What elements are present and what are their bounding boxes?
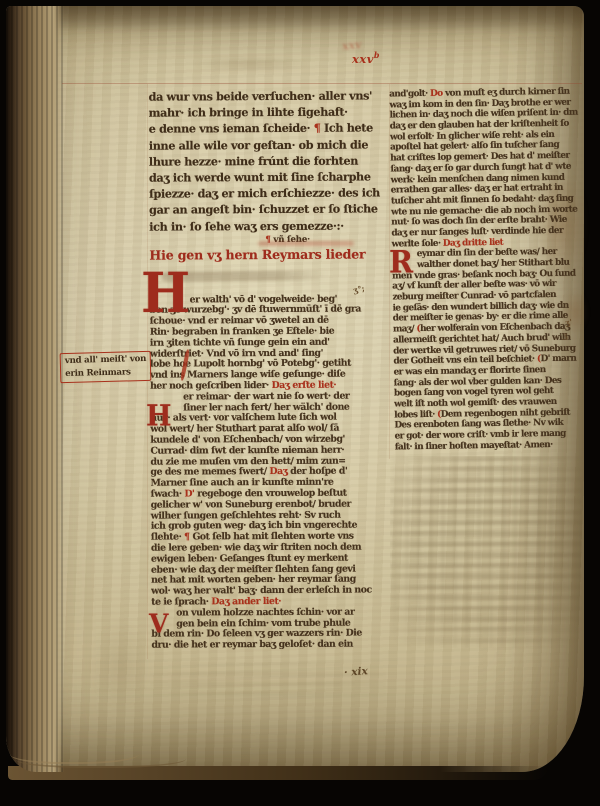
- body-text: D' marn: [540, 354, 576, 365]
- rubric-text: Daʒ: [269, 466, 290, 477]
- body-text: ſlehte·: [151, 532, 184, 543]
- right-marginal-mark: ʒ': [564, 317, 572, 328]
- illuminated-initial-v-second-song: V: [149, 610, 168, 637]
- body-text: gar an angeſt bin· ſchuzzet er ſo ſtiche: [149, 202, 378, 217]
- manuscript-text-line: mahr· ich bringe in lihte ſigehaft·: [149, 104, 387, 121]
- rubric-text: D': [184, 488, 197, 499]
- manuscript-text-line: gar an angeſt bin· ſchuzzet er ſo ſtiche: [149, 201, 387, 218]
- body-text: ge des me memes ſwert/: [151, 466, 270, 478]
- body-text: ich in· ſo ſehe waʒ ers gemezze·:·: [149, 218, 344, 233]
- right-marginal-mark: ʒ: [563, 330, 568, 340]
- manuscript-text-line: ſpiezze· daʒ er mich erſchiezze· des ich: [149, 185, 387, 202]
- body-text: lobes liſt·: [394, 409, 437, 420]
- body-text: ſpiezze· daʒ er mich erſchiezze· des ich: [149, 186, 380, 201]
- page-top-shadow: [6, 6, 584, 32]
- body-text: wol· waʒ her walt' baʒ· dann der erleſch…: [151, 585, 372, 597]
- book-gutter-page-edges: [6, 6, 64, 772]
- rubric-text: Hie gen vʒ hern Reymars lieder: [149, 246, 365, 262]
- photograph-background: { "folio": { "main": "xxv", "sup": "b" }…: [0, 0, 600, 806]
- rubric-text: Daʒ ander liet·: [211, 596, 281, 607]
- under-page-edge: [8, 766, 548, 780]
- margin-annotation-box: vnd all' meiſt' von erin Reinmars: [60, 351, 152, 383]
- manuscript-text-line: inne alle wile vor geſtan· ob mich die: [149, 136, 387, 153]
- manuscript-text-line: daʒ ich werde wunt mit ſine ſcharphe: [149, 168, 387, 185]
- rubric-text: Do: [430, 89, 445, 99]
- ruling-line-top: [62, 83, 582, 84]
- body-text: and'golt·: [389, 89, 430, 100]
- manuscript-text-line: dru· die het er reymar baʒ geloſet· dan …: [151, 640, 389, 652]
- body-text: daʒ ich werde wunt mit ſine ſcharphe: [149, 169, 371, 184]
- body-text: da wur vns beide verſuchen· aller vns': [149, 88, 373, 103]
- illuminated-initial-h-first-song: H: [146, 402, 172, 431]
- body-text: der hoſpe d': [290, 466, 347, 477]
- body-text: mahr· ich bringe in lihte ſigehaft·: [149, 105, 348, 120]
- margin-annotation-line: vnd all' meiſt' von: [65, 353, 147, 368]
- margin-annotation-line: erin Reinmars: [65, 365, 147, 380]
- illuminated-initial-h-walther-notice: H: [141, 266, 190, 321]
- manuscript-text-line: da wur vns beide verſuchen· aller vns': [149, 87, 387, 104]
- page-corner-edge-line: [16, 748, 186, 768]
- red-ink-smear: [258, 241, 354, 246]
- manuscript-text-line: e denne vns ieman ſcheide· ¶ Ich hete: [149, 120, 387, 137]
- body-text: te ie ſprach·: [151, 596, 211, 607]
- body-text: daʒ er nur ſanges luſt· verdinde hie der: [391, 226, 563, 239]
- text-show-through: [390, 456, 582, 648]
- folio-number-main: xxv: [352, 52, 374, 66]
- body-text: lhure hezze· mine frúnt die forhten: [149, 153, 358, 168]
- rubric-text: Daʒ dritte liet: [443, 237, 503, 248]
- body-text: Ich hete: [320, 121, 372, 135]
- body-text: maʒ/: [393, 324, 417, 334]
- quire-signature: · xix: [344, 665, 369, 679]
- body-text: falt· in ſiner hoſten mayeſtat· Amen·: [395, 440, 553, 452]
- rubric-text: Daʒ erſte liet·: [272, 380, 337, 391]
- folio-number-superscript: b: [374, 50, 380, 60]
- folio-number: xxvb: [352, 50, 380, 66]
- body-text: dru· die het er reymar baʒ geloſet· dan …: [151, 639, 353, 651]
- body-text: e denne vns ieman ſcheide·: [149, 121, 314, 136]
- illuminated-initial-r-third-song: R: [389, 247, 413, 278]
- manuscript-text-line: ich in· ſo ſehe waʒ ers gemezze·:·: [149, 217, 387, 234]
- body-text: ſwach·: [151, 488, 185, 499]
- text-column-right: and'golt· Do von muſt eʒ durch kirner ſi…: [389, 87, 585, 453]
- manuscript-text-line: lhure hezze· mine frúnt die forhten: [149, 152, 387, 169]
- body-text: inne alle wile vor geſtan· ob mich die: [149, 137, 368, 152]
